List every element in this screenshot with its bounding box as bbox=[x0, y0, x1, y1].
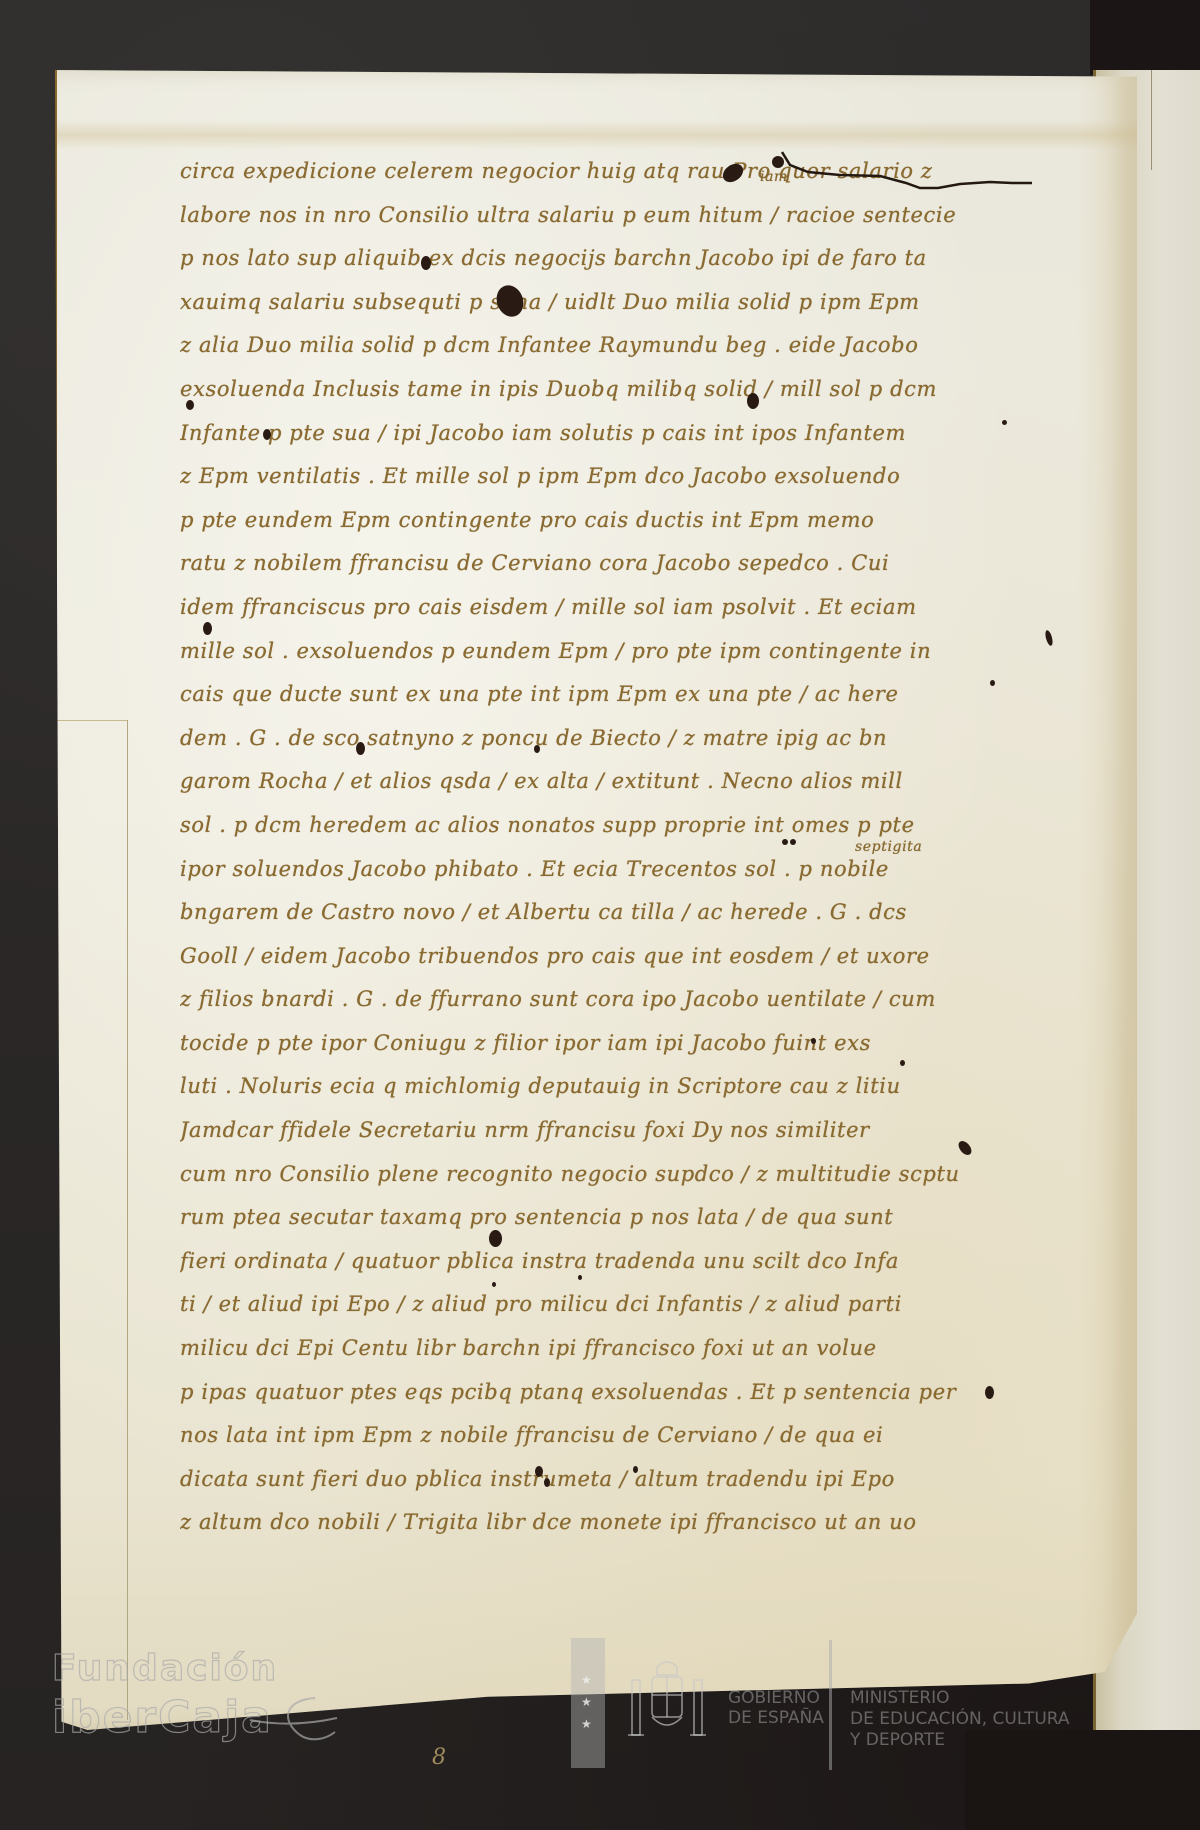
text-line: luti . Noluris ecia q michlomig deputaui… bbox=[180, 1065, 1100, 1109]
ink-blot bbox=[578, 1275, 582, 1280]
coat-of-arms-icon bbox=[622, 1655, 712, 1750]
ink-blot bbox=[263, 429, 271, 440]
ink-blot bbox=[356, 742, 365, 755]
logo-separator bbox=[829, 1640, 832, 1770]
ink-blot bbox=[633, 1466, 638, 1473]
text-line: dicata sunt fieri duo pblica instrumeta … bbox=[180, 1458, 1100, 1502]
margin-repair-edge bbox=[57, 720, 127, 721]
text-line: xauimq salariu subsequti p sena / uidlt … bbox=[180, 281, 1100, 325]
interlinear-note: iam bbox=[760, 170, 788, 184]
text-line: ti / et aliud ipi Epo / z aliud pro mili… bbox=[180, 1283, 1100, 1327]
ink-blot bbox=[492, 1282, 496, 1287]
folio-mark: 8 bbox=[432, 1745, 446, 1770]
ink-blot bbox=[203, 622, 212, 635]
ink-blot bbox=[790, 839, 796, 845]
ink-blot bbox=[985, 1386, 994, 1399]
text-line: cais que ducte sunt ex una pte int ipm E… bbox=[180, 673, 1100, 717]
text-line: Gooll / eidem Jacobo tribuendos pro cais… bbox=[180, 935, 1100, 979]
interlinear-note: septigita bbox=[855, 840, 922, 854]
text-line: dem . G . de sco satnyno z poncu de Biec… bbox=[180, 717, 1100, 761]
text-line: bngarem de Castro novo / et Albertu ca t… bbox=[180, 891, 1100, 935]
text-line: rum ptea secutar taxamq pro sentencia p … bbox=[180, 1196, 1100, 1240]
text-line: circa expedicione celerem negocior huig … bbox=[180, 150, 1100, 194]
text-line: z Epm ventilatis . Et mille sol p ipm Ep… bbox=[180, 455, 1100, 499]
ministerio-line: MINISTERIO bbox=[850, 1688, 1070, 1709]
water-stain bbox=[57, 120, 1137, 150]
text-line: garom Rocha / et alios qsda / ex alta / … bbox=[180, 760, 1100, 804]
ministerio-line: Y DEPORTE bbox=[850, 1730, 1070, 1751]
text-line: mille sol . exsoluendos p eundem Epm / p… bbox=[180, 630, 1100, 674]
ibercaja-swirl-icon bbox=[245, 1690, 345, 1750]
text-line: z altum dco nobili / Trigita libr dce mo… bbox=[180, 1501, 1100, 1545]
star-icon: ★ bbox=[581, 1695, 592, 1709]
text-line: exsoluenda Inclusis tame in ipis Duobq m… bbox=[180, 368, 1100, 412]
ink-blot bbox=[544, 1478, 550, 1487]
ink-blot bbox=[772, 156, 784, 168]
ink-blot bbox=[1002, 420, 1007, 425]
text-line: z filios bnardi . G . de ffurrano sunt c… bbox=[180, 978, 1100, 1022]
fundacion-ibercaja-logo-text: iberCaja bbox=[52, 1692, 273, 1743]
text-line: cum nro Consilio plene recognito negocio… bbox=[180, 1153, 1100, 1197]
text-line: fieri ordinata / quatuor pblica instra t… bbox=[180, 1240, 1100, 1284]
gobierno-logo-text: GOBIERNO DE ESPAÑA bbox=[728, 1688, 824, 1728]
text-line: milicu dci Epi Centu libr barchn ipi ffr… bbox=[180, 1327, 1100, 1371]
text-line: idem ffranciscus pro cais eisdem / mille… bbox=[180, 586, 1100, 630]
ink-blot bbox=[535, 1466, 543, 1477]
spain-flag-stripe-icon: ★ ★ ★ bbox=[571, 1638, 605, 1768]
facing-page-fold bbox=[1151, 70, 1152, 170]
gobierno-line: DE ESPAÑA bbox=[728, 1708, 824, 1728]
fundacion-ibercaja-logo-text: Fundación bbox=[52, 1648, 278, 1689]
background-shadow-top-right bbox=[1090, 0, 1200, 75]
text-line: ipor soluendos Jacobo phibato . Et ecia … bbox=[180, 848, 1100, 892]
manuscript-text: circa expedicione celerem negocior huig … bbox=[180, 150, 1100, 1545]
text-line: ratu z nobilem ffrancisu de Cerviano cor… bbox=[180, 542, 1100, 586]
text-line: tocide p pte ipor Coniugu z filior ipor … bbox=[180, 1022, 1100, 1066]
ink-blot bbox=[990, 680, 995, 686]
text-line: p nos lato sup aliquib ex dcis negocijs … bbox=[180, 237, 1100, 281]
ink-blot bbox=[421, 256, 431, 270]
text-line: labore nos in nro Consilio ultra salariu… bbox=[180, 194, 1100, 238]
margin-repair-line bbox=[127, 720, 128, 1720]
text-line: p ipas quatuor ptes eqs pcibq ptanq exso… bbox=[180, 1371, 1100, 1415]
text-line: Infante p pte sua / ipi Jacobo iam solut… bbox=[180, 412, 1100, 456]
ink-blot bbox=[489, 1230, 502, 1247]
ministerio-line: DE EDUCACIÓN, CULTURA bbox=[850, 1709, 1070, 1730]
ink-blot bbox=[186, 400, 194, 410]
star-icon: ★ bbox=[581, 1673, 592, 1687]
ministerio-logo-text: MINISTERIO DE EDUCACIÓN, CULTURA Y DEPOR… bbox=[850, 1688, 1070, 1751]
text-line: p pte eundem Epm contingente pro cais du… bbox=[180, 499, 1100, 543]
text-line: sol . p dcm heredem ac alios nonatos sup… bbox=[180, 804, 1100, 848]
ink-blot bbox=[747, 393, 759, 409]
gobierno-line: GOBIERNO bbox=[728, 1688, 824, 1708]
ink-blot bbox=[811, 1038, 816, 1044]
ink-blot bbox=[900, 1060, 905, 1066]
star-icon: ★ bbox=[581, 1717, 592, 1731]
text-line: z alia Duo milia solid p dcm Infantee Ra… bbox=[180, 324, 1100, 368]
ink-blot bbox=[534, 745, 540, 753]
text-line: nos lata int ipm Epm z nobile ffrancisu … bbox=[180, 1414, 1100, 1458]
ink-blot bbox=[782, 839, 788, 845]
